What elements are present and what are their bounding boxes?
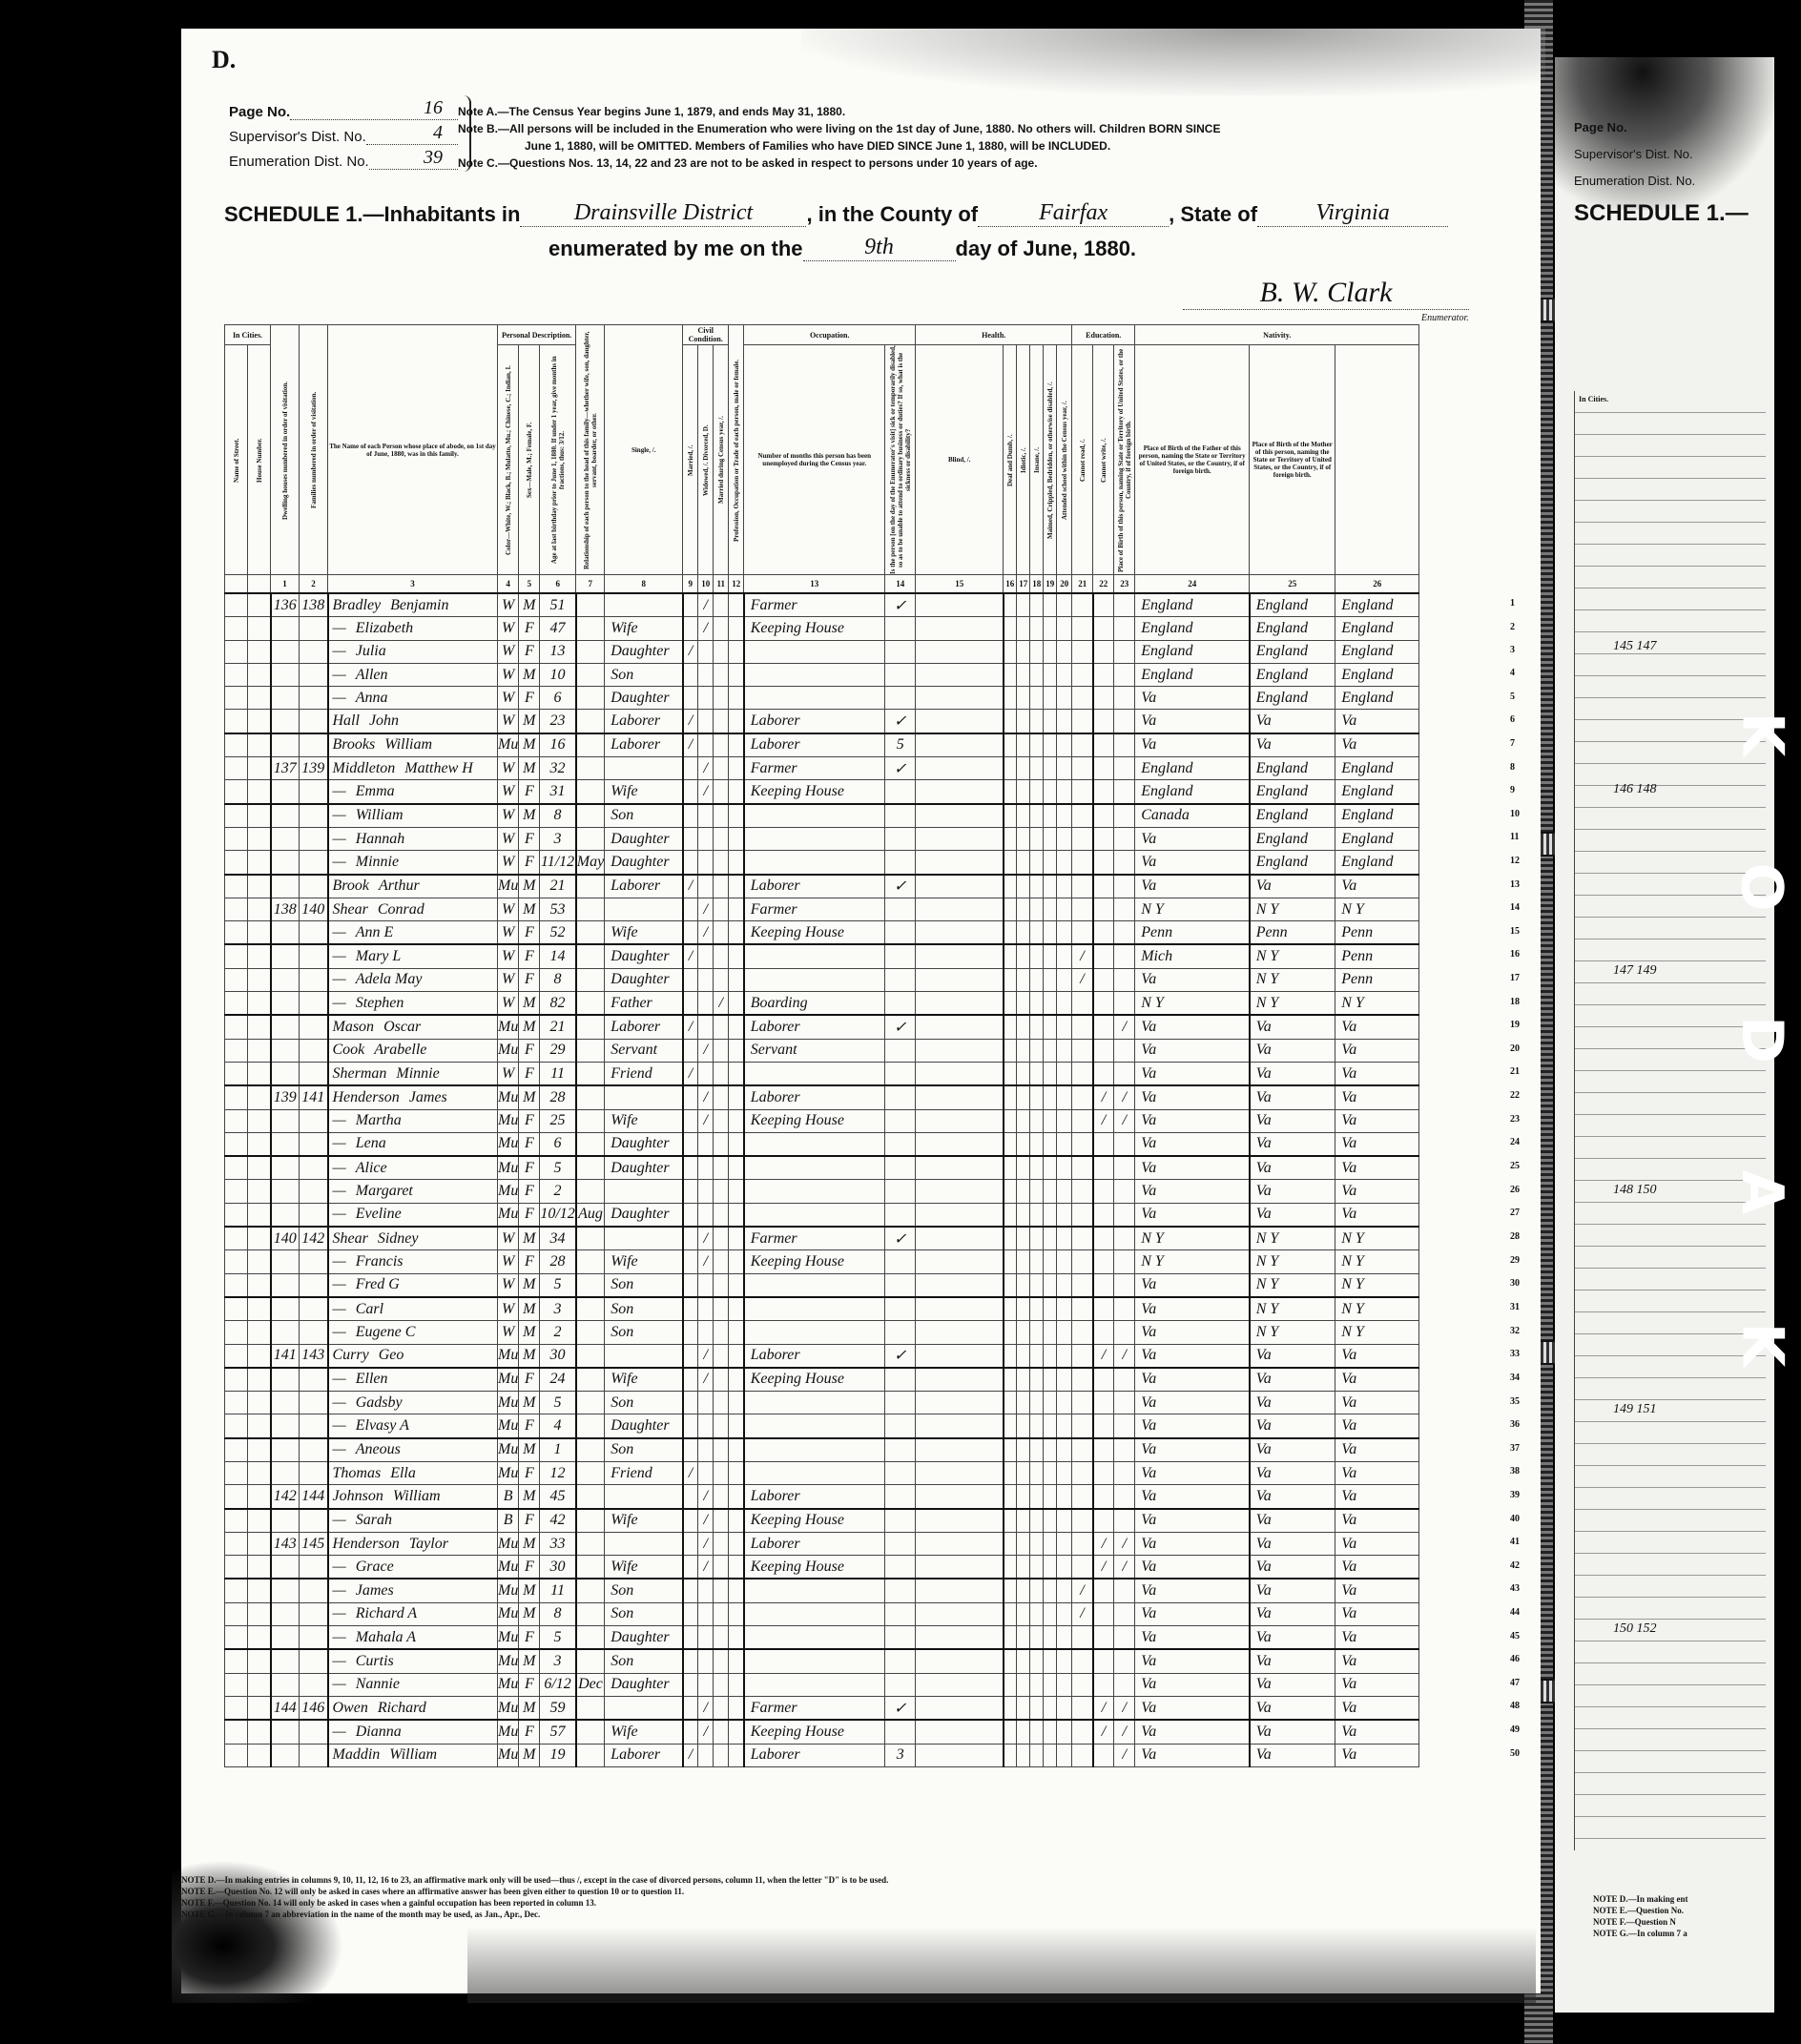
- empty-cell: [1004, 1062, 1017, 1085]
- birth-cell: Va: [1135, 1015, 1250, 1039]
- school-cell: [1072, 1015, 1093, 1039]
- film-letter: O: [1733, 862, 1791, 911]
- line-number: 31: [1510, 1302, 1520, 1312]
- birth-cell: Va: [1135, 1602, 1250, 1625]
- empty-cell: [1004, 1344, 1017, 1368]
- column-number: 7: [576, 575, 605, 594]
- cannot-read-cell: [1093, 1273, 1114, 1297]
- census-row: —Mary LWF14Daughter//MichN YPenn: [225, 944, 1419, 968]
- county-label: , in the County of: [806, 202, 978, 227]
- father-cell: England: [1250, 617, 1335, 640]
- relation-cell: Son: [605, 1392, 683, 1414]
- family-cell: [300, 1626, 328, 1650]
- empty-cell: [1044, 1109, 1057, 1132]
- family-cell: [300, 1649, 328, 1673]
- widowed-cell: [714, 1438, 729, 1462]
- line-number: 36: [1510, 1419, 1520, 1430]
- census-row: —Adela MayWF8Daughter/VaN YPenn: [225, 968, 1419, 991]
- mother-cell: Va: [1335, 1156, 1419, 1180]
- empty-cell: [1004, 1297, 1017, 1321]
- color-cell: W: [498, 944, 519, 968]
- family-cell: [300, 1438, 328, 1462]
- given-name: Dianna: [346, 1724, 402, 1740]
- person-name: —Francis: [328, 1250, 498, 1273]
- empty-cell: [1017, 1509, 1030, 1533]
- cannot-read-cell: [1093, 968, 1114, 991]
- occupation-cell: Laborer: [744, 1485, 885, 1509]
- empty-cell: [916, 1626, 1004, 1650]
- occupation-cell: [744, 1062, 885, 1085]
- unemployed-cell: [885, 640, 916, 663]
- father-cell: Va: [1250, 1414, 1335, 1438]
- age-cell: 8: [540, 804, 576, 828]
- birth-cell: Va: [1135, 1297, 1250, 1321]
- dwelling-cell: [271, 1438, 300, 1462]
- surname: Hall: [333, 712, 360, 729]
- line-number: 33: [1510, 1349, 1520, 1359]
- census-row: —Elvasy AMuF4DaughterVaVaVa: [225, 1414, 1419, 1438]
- mother-cell: N Y: [1335, 1273, 1419, 1297]
- empty-cell: [1004, 827, 1017, 850]
- empty-cell: [729, 1156, 744, 1180]
- census-row: —EmmaWF31Wife/Keeping HouseEnglandEnglan…: [225, 780, 1419, 804]
- relation-cell: Daughter: [605, 827, 683, 850]
- married-cell: [698, 827, 714, 850]
- surname: —: [333, 620, 346, 636]
- mother-cell: Va: [1335, 1344, 1419, 1368]
- empty-cell: [225, 1392, 248, 1414]
- surname: —: [333, 667, 346, 683]
- sex-cell: F: [519, 640, 540, 663]
- empty-cell: [225, 1461, 248, 1484]
- column-number: 23: [1114, 575, 1135, 594]
- single-cell: [683, 1414, 698, 1438]
- empty-cell: [1004, 757, 1017, 780]
- widowed-cell: [714, 898, 729, 920]
- person-name: ShermanMinnie: [328, 1062, 498, 1085]
- single-cell: [683, 1344, 698, 1368]
- empty-cell: [225, 921, 248, 945]
- empty-cell: [1004, 780, 1017, 804]
- single-cell: [683, 1392, 698, 1414]
- col-header-17: Idiotic, /.: [1017, 345, 1030, 575]
- dwelling-cell: [271, 1556, 300, 1579]
- census-row: MaddinWilliamMuM19Laborer/Laborer3/VaVaV…: [225, 1744, 1419, 1766]
- single-cell: [683, 1297, 698, 1321]
- film-letter: A: [1733, 1170, 1791, 1214]
- empty-cell: [916, 1509, 1004, 1533]
- empty-cell: [1017, 1297, 1030, 1321]
- unemployed-cell: [885, 1626, 916, 1650]
- cannot-read-cell: [1093, 640, 1114, 663]
- cannot-write-cell: [1114, 875, 1135, 898]
- group-health: Health.: [916, 325, 1072, 345]
- relation-cell: Son: [605, 804, 683, 828]
- birth-cell: Va: [1135, 1039, 1250, 1062]
- unemployed-cell: [885, 780, 916, 804]
- empty-cell: [1044, 1602, 1057, 1625]
- empty-cell: [1057, 1649, 1072, 1673]
- instructions-notes: Note A.—The Census Year begins June 1, 1…: [458, 103, 1412, 172]
- married-cell: [698, 1273, 714, 1297]
- empty-cell: [1004, 1156, 1017, 1180]
- empty-cell: [729, 1039, 744, 1062]
- census-row: —LenaMuF6DaughterVaVaVa: [225, 1132, 1419, 1156]
- supervisor-label: Supervisor's Dist. No.: [229, 129, 366, 145]
- sex-cell: M: [519, 1085, 540, 1109]
- empty-cell: [1044, 1368, 1057, 1392]
- dwelling-cell: [271, 1509, 300, 1533]
- cannot-write-cell: [1114, 687, 1135, 710]
- empty-cell: [225, 640, 248, 663]
- sex-cell: M: [519, 1532, 540, 1555]
- father-cell: England: [1250, 640, 1335, 663]
- single-cell: [683, 804, 698, 828]
- empty-cell: [225, 827, 248, 850]
- mother-cell: England: [1335, 757, 1419, 780]
- cannot-write-cell: [1114, 1039, 1135, 1062]
- empty-cell: [225, 898, 248, 920]
- empty-cell: [1057, 1532, 1072, 1555]
- father-cell: N Y: [1250, 944, 1335, 968]
- adjacent-entry: 148 150: [1613, 1183, 1657, 1198]
- age-cell: 53: [540, 898, 576, 920]
- census-row: —Richard AMuM8Son/VaVaVa: [225, 1602, 1419, 1625]
- empty-cell: [1017, 780, 1030, 804]
- dwelling-cell: 137: [271, 757, 300, 780]
- empty-cell: [225, 1344, 248, 1368]
- col-header-19: Maimed, Crippled, Bedridden, or otherwis…: [1044, 345, 1057, 575]
- mother-cell: Va: [1335, 1085, 1419, 1109]
- occupation-cell: Farmer: [744, 898, 885, 920]
- empty-cell: [1030, 1392, 1044, 1414]
- empty-cell: [225, 1673, 248, 1696]
- family-cell: [300, 1180, 328, 1203]
- empty-cell: [916, 1203, 1004, 1227]
- sex-cell: M: [519, 1273, 540, 1297]
- given-name: Martha: [346, 1112, 402, 1128]
- empty-cell: [248, 757, 271, 780]
- empty-cell: [1030, 1368, 1044, 1392]
- surname: Middleton: [333, 760, 396, 776]
- empty-cell: [729, 1344, 744, 1368]
- occupation-cell: [744, 851, 885, 875]
- person-name: —William: [328, 804, 498, 828]
- empty-cell: [729, 617, 744, 640]
- father-cell: Penn: [1250, 921, 1335, 945]
- occupation-cell: Farmer: [744, 593, 885, 617]
- empty-cell: [1030, 687, 1044, 710]
- given-name: Taylor: [400, 1536, 448, 1552]
- column-number: 20: [1057, 575, 1072, 594]
- line-number: 21: [1510, 1066, 1520, 1077]
- empty-cell: [729, 1438, 744, 1462]
- empty-cell: [248, 1579, 271, 1602]
- dwelling-cell: [271, 875, 300, 898]
- cannot-write-cell: [1114, 1250, 1135, 1273]
- unemployed-cell: [885, 1273, 916, 1297]
- married-cell: [698, 1203, 714, 1227]
- cannot-write-cell: /: [1114, 1532, 1135, 1555]
- father-cell: Va: [1250, 1039, 1335, 1062]
- occupation-cell: [744, 1626, 885, 1650]
- census-row: —HannahWF3DaughterVaEnglandEngland: [225, 827, 1419, 850]
- surname: Sherman: [333, 1065, 387, 1082]
- color-cell: W: [498, 851, 519, 875]
- married-cell: /: [698, 617, 714, 640]
- surname: —: [333, 690, 346, 706]
- unemployed-cell: [885, 992, 916, 1016]
- single-cell: [683, 1156, 698, 1180]
- empty-cell: [1030, 1109, 1044, 1132]
- birth-cell: Va: [1135, 827, 1250, 850]
- father-cell: Va: [1250, 1438, 1335, 1462]
- birth-cell: Va: [1135, 1273, 1250, 1297]
- cannot-write-cell: /: [1114, 1344, 1135, 1368]
- empty-cell: [248, 1720, 271, 1744]
- empty-cell: [1044, 1414, 1057, 1438]
- empty-cell: [729, 944, 744, 968]
- dwelling-cell: [271, 1015, 300, 1039]
- school-cell: [1072, 1085, 1093, 1109]
- unemployed-cell: [885, 944, 916, 968]
- family-cell: [300, 1321, 328, 1344]
- empty-cell: [916, 1132, 1004, 1156]
- note-c: Note C.—Questions Nos. 13, 14, 22 and 23…: [458, 155, 1412, 172]
- empty-cell: [1030, 1744, 1044, 1766]
- empty-cell: [1017, 1203, 1030, 1227]
- unemployed-cell: [885, 1203, 916, 1227]
- age-cell: 30: [540, 1344, 576, 1368]
- empty-cell: [1004, 1602, 1017, 1625]
- color-cell: Mu: [498, 1720, 519, 1744]
- family-cell: [300, 663, 328, 686]
- census-row: —MinnieWF11/12MayDaughterVaEnglandEnglan…: [225, 851, 1419, 875]
- cannot-write-cell: [1114, 921, 1135, 945]
- empty-cell: [1004, 1227, 1017, 1250]
- dwelling-cell: [271, 1392, 300, 1414]
- relation-cell: Son: [605, 1273, 683, 1297]
- surname: Bradley: [333, 597, 382, 613]
- married-cell: /: [698, 1485, 714, 1509]
- family-cell: 141: [300, 1085, 328, 1109]
- dwelling-cell: 138: [271, 898, 300, 920]
- empty-cell: [916, 1744, 1004, 1766]
- birth-cell: N Y: [1135, 1250, 1250, 1273]
- month-cell: [576, 1438, 605, 1462]
- school-cell: [1072, 1203, 1093, 1227]
- person-name: HallJohn: [328, 710, 498, 733]
- dwelling-cell: 136: [271, 593, 300, 617]
- married-cell: [698, 710, 714, 733]
- surname: —: [333, 1160, 346, 1176]
- mother-cell: Va: [1335, 733, 1419, 757]
- father-cell: Va: [1250, 1696, 1335, 1720]
- sex-cell: F: [519, 1556, 540, 1579]
- color-cell: Mu: [498, 1532, 519, 1555]
- person-name: —Mahala A: [328, 1626, 498, 1650]
- unemployed-cell: [885, 687, 916, 710]
- father-cell: Va: [1250, 1556, 1335, 1579]
- census-row: 136138BradleyBenjaminWM51/Farmer✓England…: [225, 593, 1419, 617]
- empty-cell: [1004, 851, 1017, 875]
- line-number: 7: [1510, 738, 1515, 749]
- empty-cell: [248, 1461, 271, 1484]
- relation-cell: [605, 1180, 683, 1203]
- sheet-identifiers: Page No.16 Supervisor's Dist. No.4 Enume…: [229, 95, 458, 170]
- empty-cell: [225, 1039, 248, 1062]
- family-cell: 144: [300, 1485, 328, 1509]
- single-cell: [683, 1132, 698, 1156]
- empty-cell: [1057, 687, 1072, 710]
- unemployed-cell: [885, 968, 916, 991]
- given-name: Fred G: [346, 1276, 400, 1292]
- dwelling-cell: [271, 1673, 300, 1696]
- empty-cell: [916, 921, 1004, 945]
- married-cell: [698, 1579, 714, 1602]
- family-cell: 142: [300, 1227, 328, 1250]
- single-cell: /: [683, 710, 698, 733]
- person-name: OwenRichard: [328, 1696, 498, 1720]
- surname: —: [333, 1276, 346, 1292]
- line-number: 3: [1510, 645, 1515, 655]
- census-row: —DiannaMuF57Wife/Keeping House//VaVaVa: [225, 1720, 1419, 1744]
- empty-cell: [1004, 1461, 1017, 1484]
- widowed-cell: [714, 1368, 729, 1392]
- surname: —: [333, 854, 346, 870]
- color-cell: W: [498, 921, 519, 945]
- married-cell: /: [698, 921, 714, 945]
- father-cell: Va: [1250, 1602, 1335, 1625]
- line-number: 29: [1510, 1255, 1520, 1266]
- sex-cell: F: [519, 780, 540, 804]
- married-cell: [698, 1321, 714, 1344]
- empty-cell: [1017, 968, 1030, 991]
- empty-cell: [1030, 1532, 1044, 1555]
- census-row: —GraceMuF30Wife/Keeping House//VaVaVa: [225, 1556, 1419, 1579]
- empty-cell: [916, 1602, 1004, 1625]
- month-cell: [576, 640, 605, 663]
- mother-cell: England: [1335, 687, 1419, 710]
- school-cell: [1072, 640, 1093, 663]
- occupation-cell: [744, 1579, 885, 1602]
- census-row: 137139MiddletonMatthew HWM32/Farmer✓Engl…: [225, 757, 1419, 780]
- single-cell: [683, 1720, 698, 1744]
- group-education: Education.: [1072, 325, 1135, 345]
- sex-cell: F: [519, 1720, 540, 1744]
- age-cell: 23: [540, 710, 576, 733]
- empty-cell: [1030, 827, 1044, 850]
- cannot-write-cell: [1114, 1132, 1135, 1156]
- empty-cell: [1030, 640, 1044, 663]
- month-cell: [576, 1297, 605, 1321]
- birth-cell: Mich: [1135, 944, 1250, 968]
- line-number: 20: [1510, 1043, 1520, 1054]
- unemployed-cell: ✓: [885, 875, 916, 898]
- given-name: Grace: [346, 1559, 394, 1575]
- sex-cell: M: [519, 757, 540, 780]
- empty-cell: [1030, 1203, 1044, 1227]
- person-name: —Grace: [328, 1556, 498, 1579]
- relation-cell: Son: [605, 663, 683, 686]
- mother-cell: Va: [1335, 1649, 1419, 1673]
- occupation-cell: [744, 1297, 885, 1321]
- census-row: —Mahala AMuF5DaughterVaVaVa: [225, 1626, 1419, 1650]
- color-cell: W: [498, 617, 519, 640]
- cannot-read-cell: [1093, 1649, 1114, 1673]
- occupation-cell: Farmer: [744, 757, 885, 780]
- dwelling-cell: 144: [271, 1696, 300, 1720]
- given-name: Oscar: [374, 1019, 421, 1035]
- empty-cell: [1004, 1720, 1017, 1744]
- widowed-cell: [714, 640, 729, 663]
- empty-cell: [1044, 1156, 1057, 1180]
- census-row: BrookArthurMuM21Laborer/Laborer✓VaVaVa: [225, 875, 1419, 898]
- married-cell: /: [698, 1085, 714, 1109]
- empty-cell: [248, 1649, 271, 1673]
- birth-cell: England: [1135, 757, 1250, 780]
- empty-cell: [1030, 1015, 1044, 1039]
- mother-cell: Va: [1335, 1392, 1419, 1414]
- father-cell: Va: [1250, 1203, 1335, 1227]
- color-cell: Mu: [498, 1392, 519, 1414]
- occupation-cell: [744, 1438, 885, 1462]
- married-cell: /: [698, 1344, 714, 1368]
- widowed-cell: [714, 1203, 729, 1227]
- dwelling-cell: [271, 851, 300, 875]
- empty-cell: [729, 1579, 744, 1602]
- dwelling-cell: [271, 1273, 300, 1297]
- family-cell: [300, 1203, 328, 1227]
- dwelling-cell: [271, 1602, 300, 1625]
- given-name: James: [400, 1089, 447, 1105]
- unemployed-cell: ✓: [885, 1696, 916, 1720]
- relation-cell: Wife: [605, 1368, 683, 1392]
- father-cell: N Y: [1250, 1227, 1335, 1250]
- married-cell: /: [698, 1532, 714, 1555]
- dwelling-cell: [271, 780, 300, 804]
- age-cell: 25: [540, 1109, 576, 1132]
- given-name: Richard A: [346, 1605, 417, 1621]
- col-header-7: Relationship of each person to the head …: [576, 325, 605, 575]
- empty-cell: [1030, 733, 1044, 757]
- month-cell: [576, 1532, 605, 1555]
- given-name: Francis: [346, 1253, 404, 1270]
- single-cell: [683, 1438, 698, 1462]
- unemployed-cell: [885, 804, 916, 828]
- col-header-26: [1335, 345, 1419, 575]
- widowed-cell: [714, 1461, 729, 1484]
- sex-cell: F: [519, 1180, 540, 1203]
- empty-cell: [1057, 1673, 1072, 1696]
- surname: Curry: [333, 1347, 369, 1363]
- birth-cell: N Y: [1135, 1227, 1250, 1250]
- empty-cell: [916, 1532, 1004, 1555]
- empty-cell: [729, 1556, 744, 1579]
- given-name: Stephen: [346, 995, 404, 1011]
- cannot-write-cell: /: [1114, 1556, 1135, 1579]
- empty-cell: [1057, 1250, 1072, 1273]
- person-name: —Martha: [328, 1109, 498, 1132]
- surname: —: [333, 971, 346, 987]
- single-cell: /: [683, 1461, 698, 1484]
- census-row: ThomasEllaMuF12Friend/VaVaVa: [225, 1461, 1419, 1484]
- empty-cell: [1044, 640, 1057, 663]
- dwelling-cell: [271, 992, 300, 1016]
- col-header-20: Attended school within the Census year, …: [1057, 345, 1072, 575]
- occupation-cell: Keeping House: [744, 780, 885, 804]
- empty-cell: [1017, 1626, 1030, 1650]
